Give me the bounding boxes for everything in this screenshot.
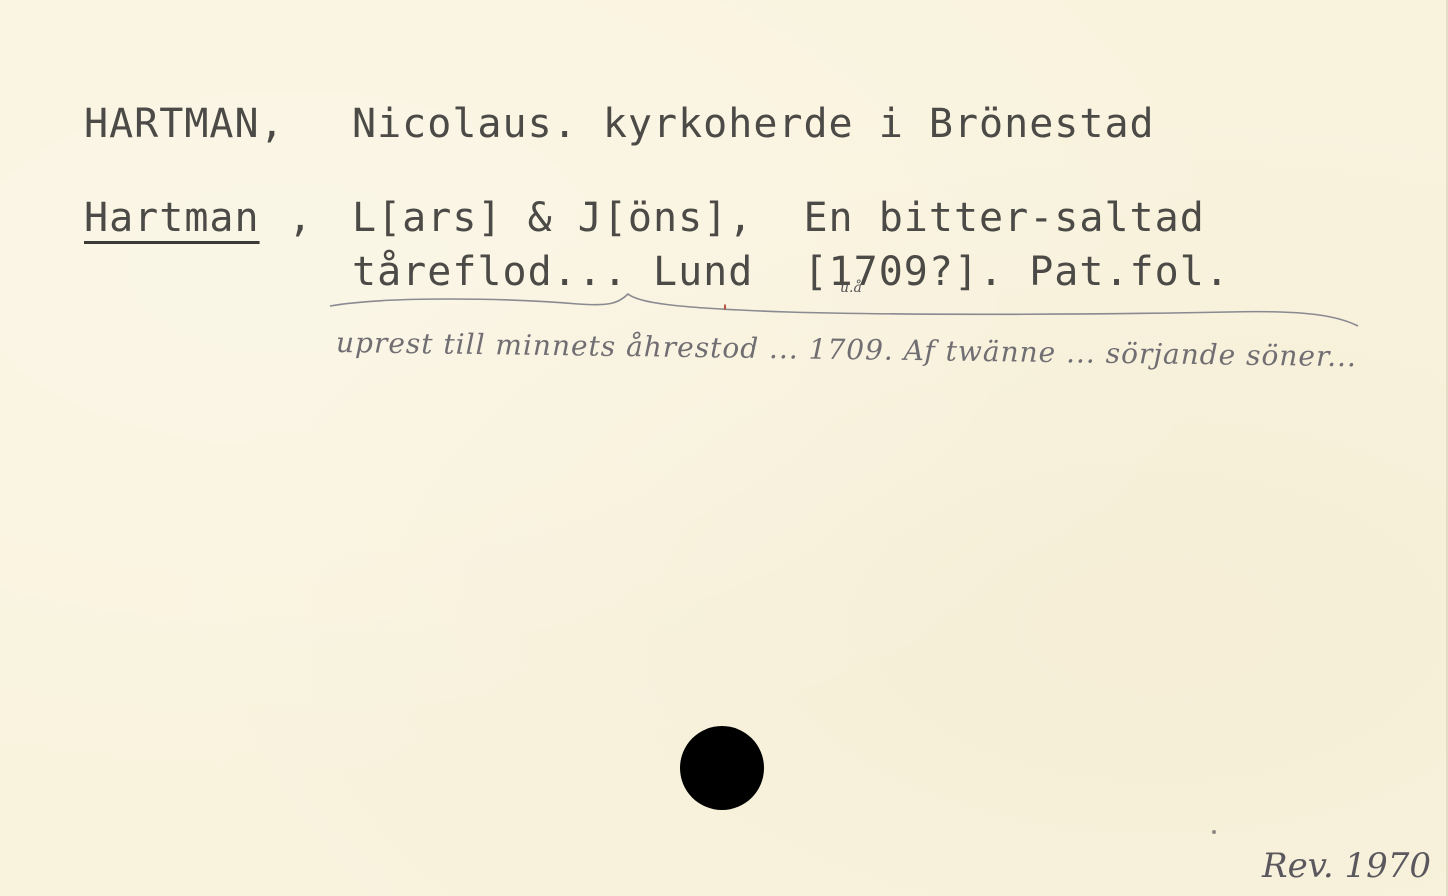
handwritten-title-continuation: uprest till minnets åhrestod ... 1709. A… <box>336 326 1357 373</box>
paper-speck <box>1212 830 1216 834</box>
entry-title-line-2: tåreflod... Lund [1709?]. Pat.fol. <box>352 252 1230 292</box>
entry-author: Hartman <box>84 198 260 238</box>
revision-note: Rev. 1970 <box>1262 846 1431 886</box>
handwritten-brace-line <box>328 292 1362 332</box>
ink-mark <box>724 304 726 310</box>
catalog-card: HARTMAN, Nicolaus. kyrkoherde i Brönesta… <box>0 0 1448 896</box>
entry-author-comma: , <box>288 198 313 238</box>
entry-title-line-1: L[ars] & J[öns], En bitter-saltad <box>352 198 1205 238</box>
heading-description: Nicolaus. kyrkoherde i Brönestad <box>352 104 1155 144</box>
punch-hole <box>680 726 764 810</box>
heading-name: HARTMAN, <box>84 104 285 144</box>
